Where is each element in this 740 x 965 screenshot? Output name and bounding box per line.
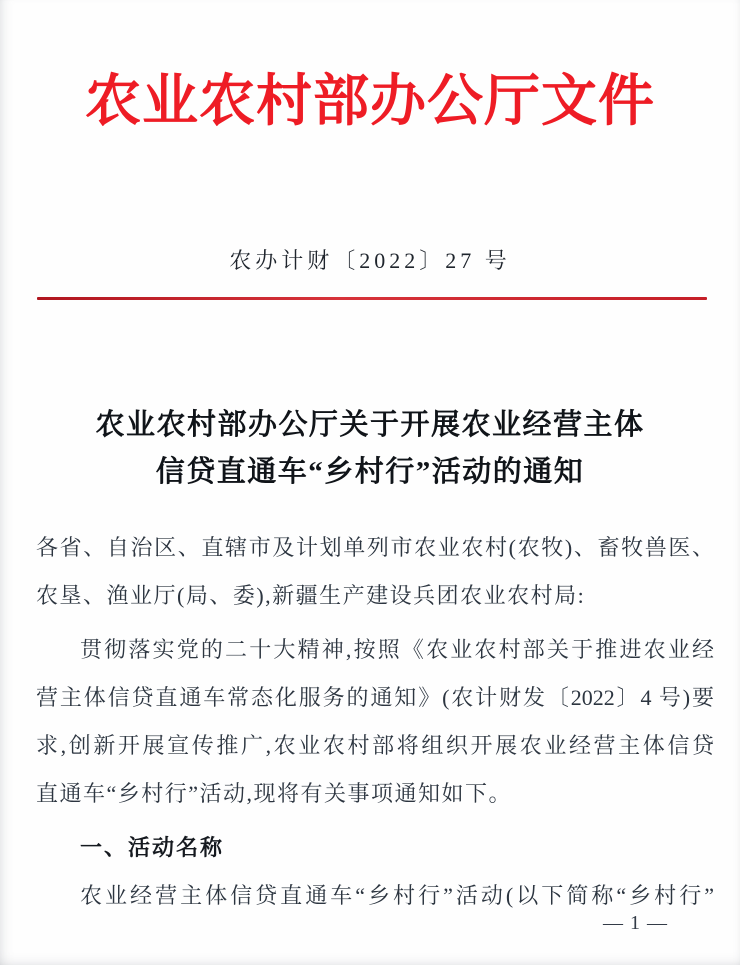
paragraph-line-4: 直通车“乡村行”活动,现将有关事项通知如下。	[36, 770, 714, 818]
paragraph-line-3: 求,创新开展宣传推广,农业农村部将组织开展农业经营主体信贷	[36, 722, 714, 770]
section-heading-activity-name: 一、活动名称	[36, 824, 714, 872]
page-number: — 1 —	[603, 910, 668, 936]
document-page: 农业农村部办公厅文件 农办计财〔2022〕27 号 农业农村部办公厅关于开展农业…	[0, 0, 740, 965]
letterhead-title: 农业农村部办公厅文件	[0, 0, 740, 138]
recipients-line-2: 农垦、渔业厅(局、委),新疆生产建设兵团农业农村局:	[36, 572, 714, 620]
document-title-line-2: 信贷直通车“乡村行”活动的通知	[0, 449, 740, 496]
document-title: 农业农村部办公厅关于开展农业经营主体 信贷直通车“乡村行”活动的通知	[0, 402, 740, 496]
document-body: 各省、自治区、直辖市及计划单列市农业农村(农牧)、畜牧兽医、 农垦、渔业厅(局、…	[0, 524, 740, 920]
document-title-line-1: 农业农村部办公厅关于开展农业经营主体	[0, 402, 740, 449]
document-reference-number: 农办计财〔2022〕27 号	[0, 246, 740, 276]
paragraph-line-2: 营主体信贷直通车常态化服务的通知》(农计财发〔2022〕4 号)要	[36, 674, 714, 722]
paragraph-line-1: 贯彻落实党的二十大精神,按照《农业农村部关于推进农业经	[36, 626, 714, 674]
recipients-line-1: 各省、自治区、直辖市及计划单列市农业农村(农牧)、畜牧兽医、	[36, 524, 714, 572]
red-separator-line	[37, 297, 707, 300]
